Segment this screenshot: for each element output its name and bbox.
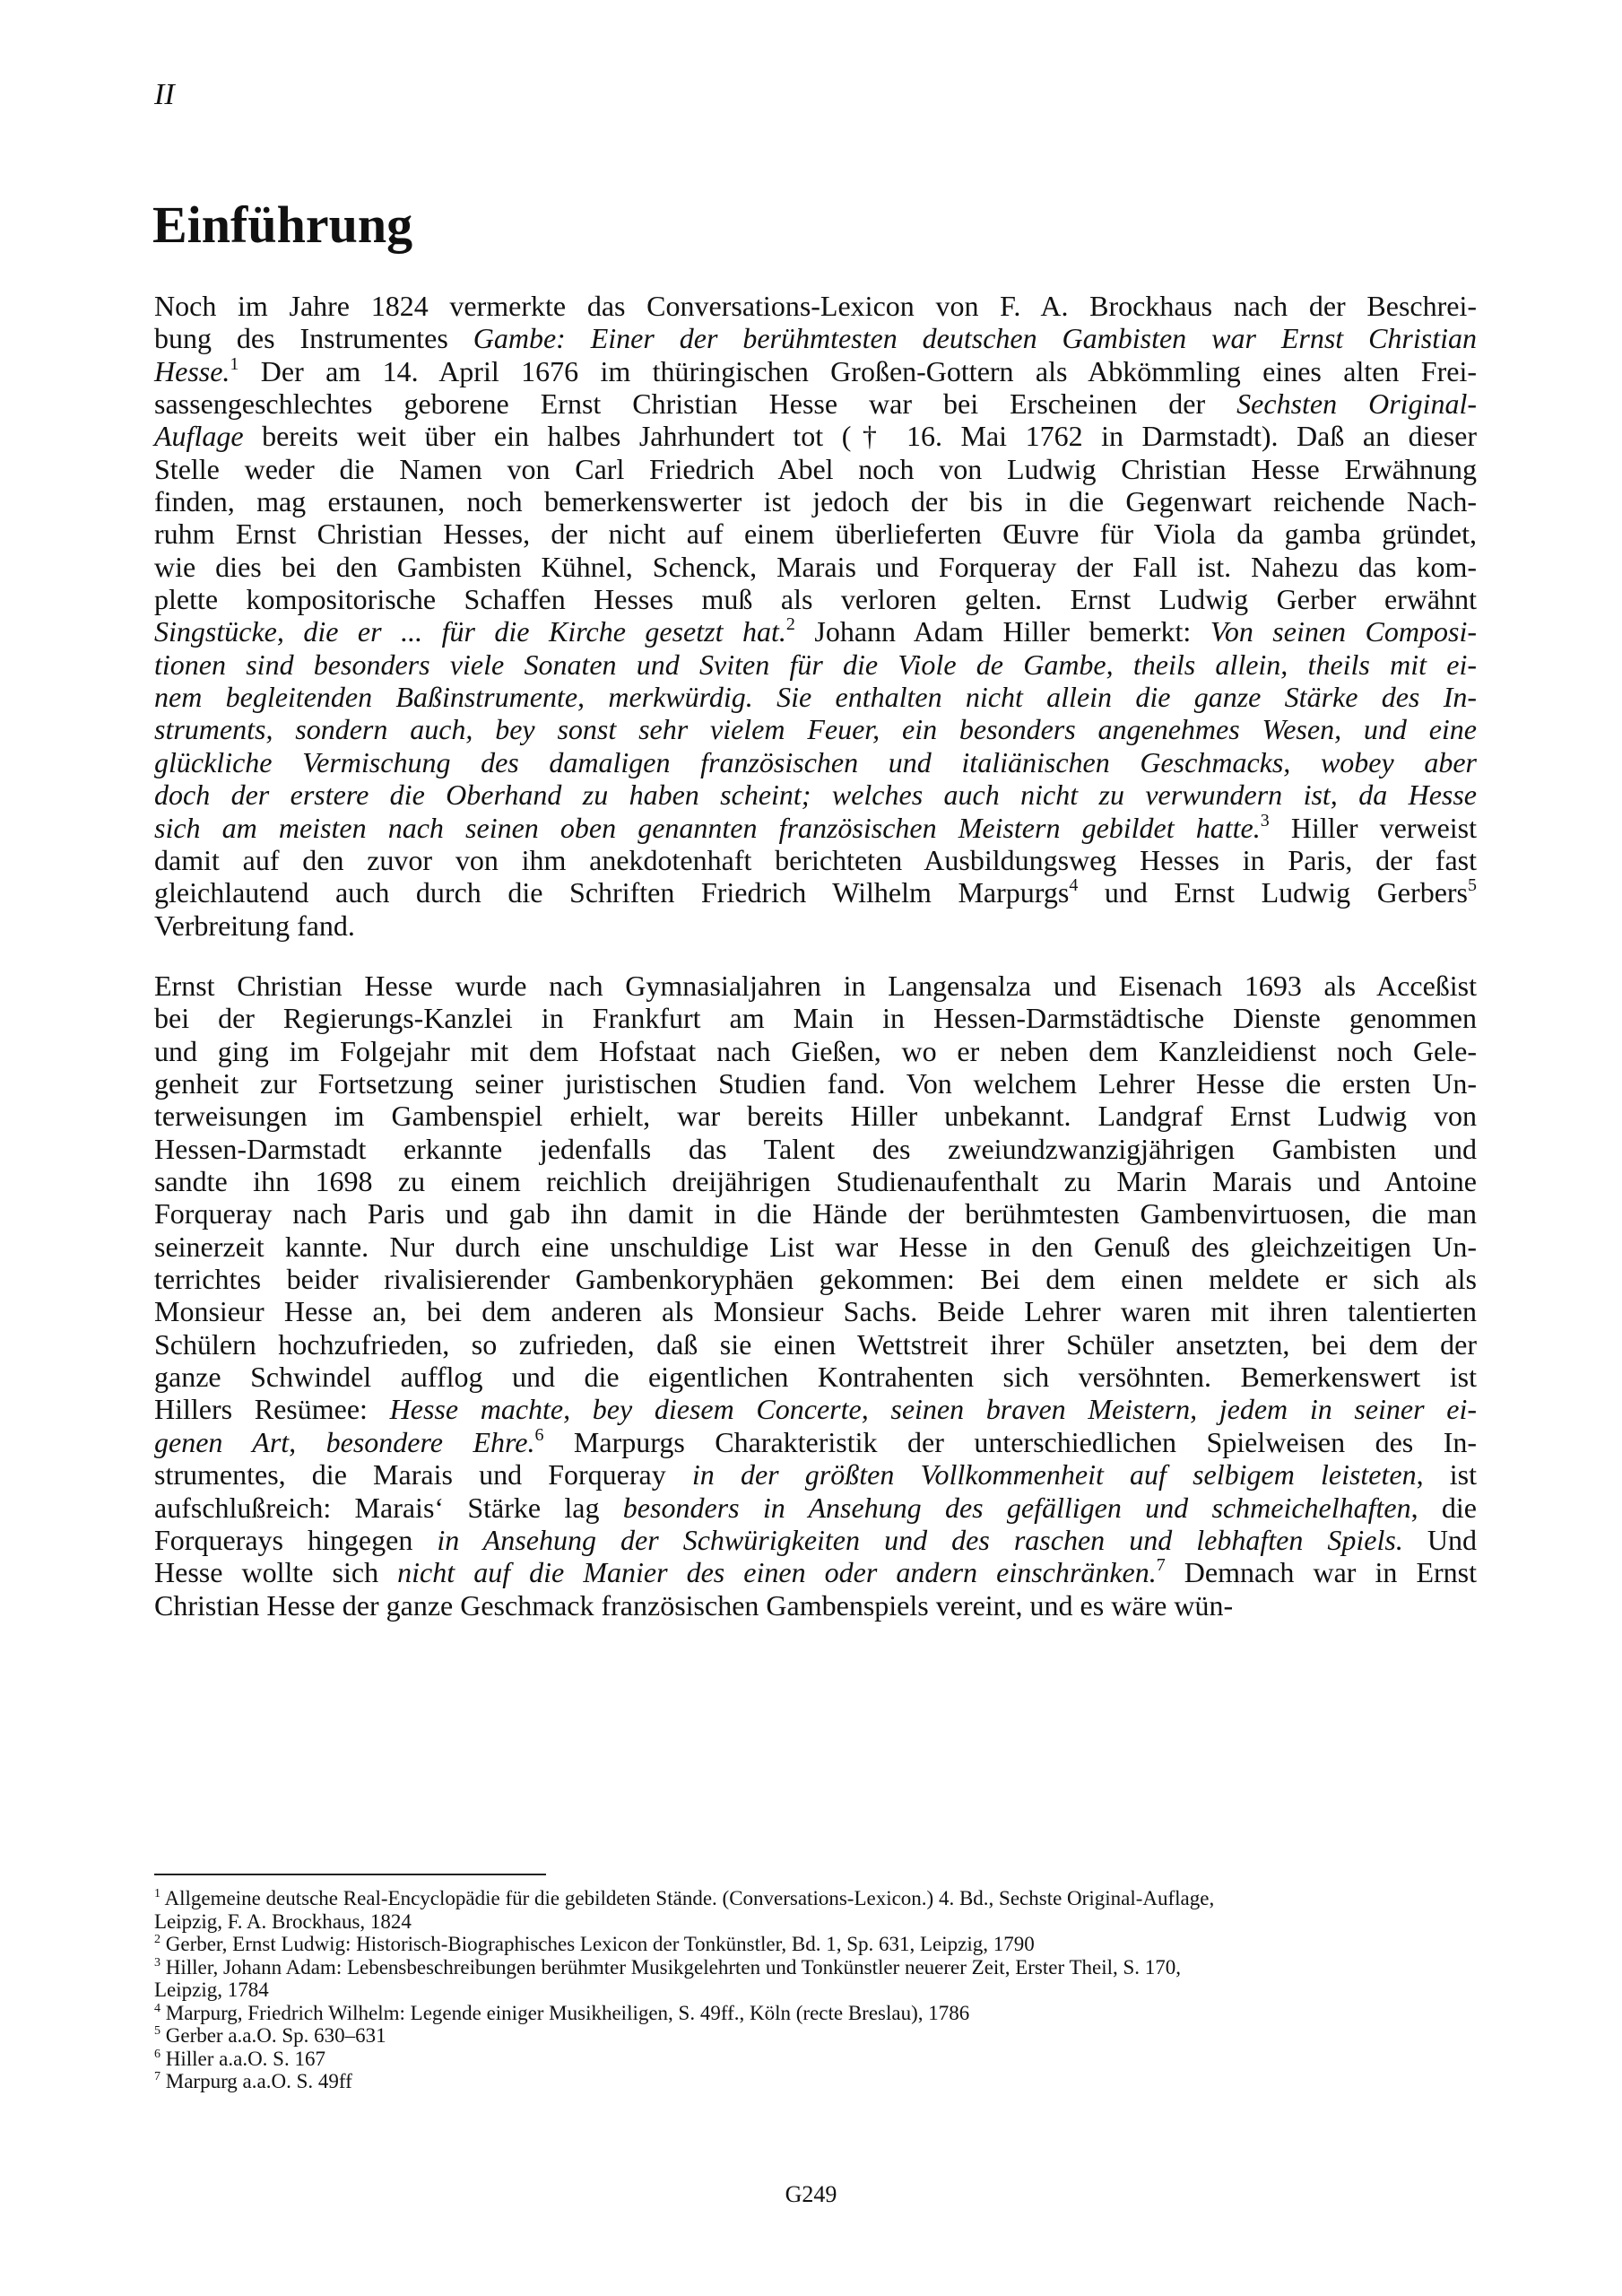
text-line: sassengeschlechtes geborene Ernst Christ…: [154, 387, 1477, 420]
text-line: damit auf den zuvor von ihm anekdotenhaf…: [154, 844, 1477, 876]
text-segment: finden, mag erstaunen, noch bemerkenswer…: [154, 485, 1477, 517]
text-segment: gleichlautend auch durch die Schriften F…: [154, 876, 1069, 909]
footnote-text: Allgemeine deutsche Real-Encyclopädie fü…: [164, 1887, 1214, 1909]
footnote-text: Leipzig, F. A. Brockhaus, 1824: [154, 1910, 412, 1933]
text-line: Singstücke, die er ... für die Kirche ge…: [154, 615, 1477, 648]
text-line: sandte ihn 1698 zu einem reichlich dreij…: [154, 1165, 1477, 1197]
text-line: Auflage bereits weit über ein halbes Jah…: [154, 420, 1477, 452]
italic-quote: in Ansehung der Schwürigkeiten und des r…: [437, 1524, 1402, 1556]
footnote-text: Hiller a.a.O. S. 167: [166, 2048, 325, 2070]
footnote-number: 3: [154, 1956, 160, 1970]
text-segment: Johann Adam Hiller bemerkt:: [795, 615, 1210, 648]
footnote-reference: 3: [1261, 811, 1270, 831]
italic-quote: nem begleitenden Baßinstrumente, merkwür…: [154, 681, 1477, 713]
italic-quote: in der größten Vollkommenheit auf selbig…: [692, 1458, 1417, 1491]
footnote-reference: 5: [1468, 875, 1477, 895]
text-segment: terweisungen im Gambenspiel erhielt, war…: [154, 1100, 1477, 1132]
text-segment: Schülern hochzufrieden, so zufrieden, da…: [154, 1328, 1477, 1361]
body-paragraph-2: Ernst Christian Hesse wurde nach Gymnasi…: [154, 970, 1477, 1622]
text-segment: Demnach war in Ernst: [1166, 1556, 1477, 1588]
text-line: und ging im Folgejahr mit dem Hofstaat n…: [154, 1035, 1477, 1067]
text-line: Hessen-Darmstadt erkannte jedenfalls das…: [154, 1133, 1477, 1165]
text-segment: ganze Schwindel aufflog und die eigentli…: [154, 1361, 1477, 1393]
text-segment: Forquerays hingegen: [154, 1524, 437, 1556]
text-segment: bei der Regierungs-Kanzlei in Frankfurt …: [154, 1002, 1477, 1034]
text-segment: bereits weit über ein halbes Jahrhundert…: [244, 420, 1477, 452]
text-line: Hesse wollte sich nicht auf die Manier d…: [154, 1556, 1477, 1588]
footnote-text: Leipzig, 1784: [154, 1979, 269, 2001]
text-line: doch der erstere die Oberhand zu haben s…: [154, 778, 1477, 811]
footnote-separator: [154, 1874, 546, 1875]
italic-quote: sich am meisten nach seinen oben genannt…: [154, 812, 1261, 844]
text-segment: und Ernst Ludwig Gerbers: [1078, 876, 1468, 909]
text-line: Monsieur Hesse an, bei dem anderen als M…: [154, 1295, 1477, 1327]
italic-quote: Sechsten Original-: [1236, 387, 1477, 420]
footnote-number: 6: [154, 2048, 160, 2061]
text-line: terrichtes beider rivalisierender Gamben…: [154, 1263, 1477, 1295]
page-title: Einführung: [152, 196, 412, 255]
footnotes: 1 Allgemeine deutsche Real-Encyclopädie …: [154, 1887, 1477, 2093]
italic-quote: Von seinen Composi-: [1210, 615, 1477, 648]
text-line: struments, sondern auch, bey sonst sehr …: [154, 713, 1477, 745]
text-segment: bung des Instrumentes: [154, 322, 473, 354]
text-line: Verbreitung fand.: [154, 909, 1477, 942]
text-line: genen Art, besondere Ehre.6 Marpurgs Cha…: [154, 1426, 1477, 1458]
text-line: terweisungen im Gambenspiel erhielt, war…: [154, 1100, 1477, 1132]
text-segment: Hessen-Darmstadt erkannte jedenfalls das…: [154, 1133, 1477, 1165]
text-segment: Der am 14. April 1676 im thüringischen G…: [239, 355, 1477, 387]
footnote-reference: 7: [1157, 1555, 1166, 1575]
footnote-line: 5 Gerber a.a.O. Sp. 630–631: [154, 2024, 1477, 2048]
text-segment: Noch im Jahre 1824 vermerkte das Convers…: [154, 290, 1477, 322]
footnote-text: Hiller, Johann Adam: Lebensbeschreibunge…: [166, 1956, 1181, 1979]
italic-quote: tionen sind besonders viele Sonaten und …: [154, 648, 1477, 681]
text-segment: sassengeschlechtes geborene Ernst Christ…: [154, 387, 1236, 420]
text-segment: Hesse wollte sich: [154, 1556, 397, 1588]
text-line: Noch im Jahre 1824 vermerkte das Convers…: [154, 290, 1477, 322]
text-segment: strumentes, die Marais und Forqueray: [154, 1458, 692, 1491]
footnote-reference: 6: [534, 1425, 543, 1445]
footnote-number: 5: [154, 2024, 160, 2038]
text-line: nem begleitenden Baßinstrumente, merkwür…: [154, 681, 1477, 713]
footnote-line: Leipzig, 1784: [154, 1979, 1477, 2002]
text-line: bung des Instrumentes Gambe: Einer der b…: [154, 322, 1477, 354]
text-segment: plette kompositorische Schaffen Hesses m…: [154, 583, 1477, 615]
text-line: Forqueray nach Paris und gab ihn damit i…: [154, 1197, 1477, 1230]
text-line: aufschlußreich: Marais‘ Stärke lag beson…: [154, 1492, 1477, 1524]
text-line: wie dies bei den Gambisten Kühnel, Schen…: [154, 551, 1477, 583]
text-line: Hesse.1 Der am 14. April 1676 im thüring…: [154, 355, 1477, 387]
text-line: Hillers Resümee: Hesse machte, bey diese…: [154, 1393, 1477, 1425]
text-line: Christian Hesse der ganze Geschmack fran…: [154, 1589, 1477, 1622]
text-line: strumentes, die Marais und Forqueray in …: [154, 1458, 1477, 1491]
text-line: glückliche Vermischung des damaligen fra…: [154, 746, 1477, 778]
italic-quote: Gambe: Einer der berühmtesten deutschen …: [473, 322, 1477, 354]
text-segment: Und: [1403, 1524, 1477, 1556]
footnote-text: Marpurg a.a.O. S. 49ff: [166, 2070, 352, 2092]
footnote-reference: 2: [786, 614, 795, 634]
text-segment: Christian Hesse der ganze Geschmack fran…: [154, 1589, 1233, 1622]
text-segment: seinerzeit kannte. Nur durch eine unschu…: [154, 1231, 1477, 1263]
text-line: ganze Schwindel aufflog und die eigentli…: [154, 1361, 1477, 1393]
italic-quote: doch der erstere die Oberhand zu haben s…: [154, 778, 1477, 811]
page-number: II: [154, 77, 175, 113]
text-segment: Verbreitung fand.: [154, 909, 355, 942]
text-line: Schülern hochzufrieden, so zufrieden, da…: [154, 1328, 1477, 1361]
text-segment: ruhm Ernst Christian Hesses, der nicht a…: [154, 517, 1477, 550]
text-segment: Forqueray nach Paris und gab ihn damit i…: [154, 1197, 1477, 1230]
text-line: tionen sind besonders viele Sonaten und …: [154, 648, 1477, 681]
text-segment: Hiller verweist: [1270, 812, 1477, 844]
footnote-reference: 1: [230, 354, 239, 374]
text-line: finden, mag erstaunen, noch bemerkenswer…: [154, 485, 1477, 517]
footnote-number: 2: [154, 1933, 160, 1946]
text-line: seinerzeit kannte. Nur durch eine unschu…: [154, 1231, 1477, 1263]
text-line: genheit zur Fortsetzung seiner juristisc…: [154, 1067, 1477, 1100]
footnote-line: 7 Marpurg a.a.O. S. 49ff: [154, 2070, 1477, 2093]
text-segment: aufschlußreich: Marais‘ Stärke lag: [154, 1492, 623, 1524]
italic-quote: Hesse machte, bey diesem Concerte, seine…: [390, 1393, 1477, 1425]
text-line: Forquerays hingegen in Ansehung der Schw…: [154, 1524, 1477, 1556]
text-segment: terrichtes beider rivalisierender Gamben…: [154, 1263, 1477, 1295]
text-segment: , ist: [1417, 1458, 1477, 1491]
footnote-number: 4: [154, 2002, 160, 2015]
footnote-number: 1: [154, 1887, 160, 1900]
text-line: sich am meisten nach seinen oben genannt…: [154, 812, 1477, 844]
text-segment: , die: [1411, 1492, 1477, 1524]
footnote-line: Leipzig, F. A. Brockhaus, 1824: [154, 1910, 1477, 1934]
italic-quote: struments, sondern auch, bey sonst sehr …: [154, 713, 1477, 745]
italic-quote: besonders in Ansehung des gefälligen und…: [623, 1492, 1411, 1524]
footnote-line: 2 Gerber, Ernst Ludwig: Historisch-Biogr…: [154, 1933, 1477, 1956]
footnote-line: 6 Hiller a.a.O. S. 167: [154, 2048, 1477, 2071]
italic-quote: Singstücke, die er ... für die Kirche ge…: [154, 615, 786, 648]
footnote-text: Marpurg, Friedrich Wilhelm: Legende eini…: [166, 2002, 970, 2024]
text-line: Stelle weder die Namen von Carl Friedric…: [154, 453, 1477, 485]
footnote-line: 1 Allgemeine deutsche Real-Encyclopädie …: [154, 1887, 1477, 1910]
text-line: ruhm Ernst Christian Hesses, der nicht a…: [154, 517, 1477, 550]
text-segment: und ging im Folgejahr mit dem Hofstaat n…: [154, 1035, 1477, 1067]
footnote-line: 3 Hiller, Johann Adam: Lebensbeschreibun…: [154, 1956, 1477, 1979]
page-footer-code: G249: [0, 2181, 1622, 2208]
footnote-line: 4 Marpurg, Friedrich Wilhelm: Legende ei…: [154, 2002, 1477, 2025]
text-segment: genheit zur Fortsetzung seiner juristisc…: [154, 1067, 1477, 1100]
text-line: gleichlautend auch durch die Schriften F…: [154, 876, 1477, 909]
footnote-reference: 4: [1069, 875, 1078, 895]
text-line: Ernst Christian Hesse wurde nach Gymnasi…: [154, 970, 1477, 1002]
italic-quote: nicht auf die Manier des einen oder ande…: [397, 1556, 1157, 1588]
footnote-text: Gerber a.a.O. Sp. 630–631: [166, 2024, 386, 2047]
text-segment: Marpurgs Charakteristik der unterschiedl…: [543, 1426, 1477, 1458]
text-segment: damit auf den zuvor von ihm anekdotenhaf…: [154, 844, 1477, 876]
text-line: plette kompositorische Schaffen Hesses m…: [154, 583, 1477, 615]
italic-quote: glückliche Vermischung des damaligen fra…: [154, 746, 1477, 778]
text-segment: Stelle weder die Namen von Carl Friedric…: [154, 453, 1477, 485]
italic-quote: Hesse.: [154, 355, 230, 387]
footnote-number: 7: [154, 2070, 160, 2083]
text-segment: Monsieur Hesse an, bei dem anderen als M…: [154, 1295, 1477, 1327]
text-segment: Ernst Christian Hesse wurde nach Gymnasi…: [154, 970, 1477, 1002]
italic-quote: genen Art, besondere Ehre.: [154, 1426, 534, 1458]
text-segment: Hillers Resümee:: [154, 1393, 390, 1425]
body-paragraph-1: Noch im Jahre 1824 vermerkte das Convers…: [154, 290, 1477, 942]
footnote-text: Gerber, Ernst Ludwig: Historisch-Biograp…: [166, 1933, 1035, 1955]
text-segment: sandte ihn 1698 zu einem reichlich dreij…: [154, 1165, 1477, 1197]
italic-quote: Auflage: [154, 420, 244, 452]
text-segment: wie dies bei den Gambisten Kühnel, Schen…: [154, 551, 1477, 583]
text-line: bei der Regierungs-Kanzlei in Frankfurt …: [154, 1002, 1477, 1034]
